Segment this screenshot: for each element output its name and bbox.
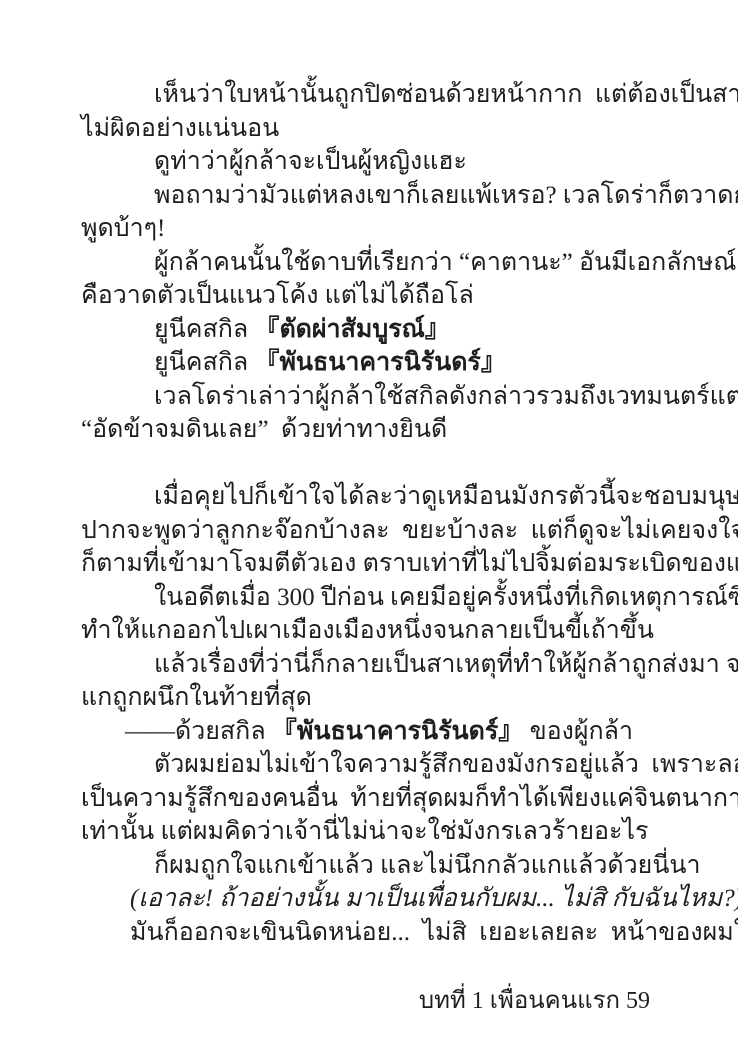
text-segment: ยูนีคสกิล	[154, 316, 254, 343]
text-line: พูดบ้าๆ!	[81, 212, 651, 246]
text-line: เท่านั้น แต่ผมคิดว่าเจ้านี่ไม่น่าจะใช่มั…	[81, 815, 651, 849]
text-line: ไม่ผิดอย่างแน่นอน	[81, 112, 651, 146]
text-line: ——ด้วยสกิล 『พันธนาคารนิรันดร์』 ของผู้กล้…	[81, 715, 651, 749]
text-line: เวลโดร่าเล่าว่าผู้กล้าใช้สกิลดังกล่าวรวม…	[81, 380, 651, 414]
blank-line	[81, 447, 651, 481]
text-line: แกถูกผนึกในท้ายที่สุด	[81, 681, 651, 715]
footer-chapter-and-page: บทที่ 1 เพื่อนคนแรก 59	[419, 988, 650, 1014]
text-segment: ไม่ผิดอย่างแน่นอน	[81, 115, 279, 142]
text-segment: ทำให้แกออกไปเผาเมืองเมืองหนึ่งจนกลายเป็น…	[81, 617, 654, 644]
text-segment: ยูนีคสกิล	[154, 349, 254, 376]
text-segment: ดูท่าว่าผู้กล้าจะเป็นผู้หญิงแฮะ	[154, 148, 467, 175]
book-page: เห็นว่าใบหน้านั้นถูกปิดซ่อนด้วยหน้ากาก แ…	[0, 0, 738, 1051]
text-segment: เวลโดร่าเล่าว่าผู้กล้าใช้สกิลดังกล่าวรวม…	[154, 383, 738, 410]
text-line: เมื่อคุยไปก็เข้าใจได้ละว่าดูเหมือนมังกรต…	[81, 480, 651, 514]
text-line: แล้วเรื่องที่ว่านี่ก็กลายเป็นสาเหตุที่ทำ…	[81, 648, 651, 682]
text-line: พอถามว่ามัวแต่หลงเขาก็เลยแพ้เหรอ? เวลโดร…	[81, 179, 651, 213]
text-line: เป็นความรู้สึกของคนอื่น ท้ายที่สุดผมก็ทำ…	[81, 782, 651, 816]
text-segment: ——ด้วยสกิล	[125, 718, 272, 745]
skill-name-text: 『พันธนาคารนิรันดร์』	[272, 718, 523, 745]
text-segment: เมื่อคุยไปก็เข้าใจได้ละว่าดูเหมือนมังกรต…	[154, 483, 738, 510]
text-line: ก็ตามที่เข้ามาโจมตีตัวเอง ตราบเท่าที่ไม่…	[81, 547, 651, 581]
text-segment: ในอดีตเมื่อ 300 ปีก่อน เคยมีอยู่ครั้งหนึ…	[154, 584, 738, 611]
text-segment: เห็นว่าใบหน้านั้นถูกปิดซ่อนด้วยหน้ากาก แ…	[154, 81, 738, 108]
text-segment: พอถามว่ามัวแต่หลงเขาก็เลยแพ้เหรอ? เวลโดร…	[154, 182, 738, 209]
page-footer: บทที่ 1 เพื่อนคนแรก 59	[395, 951, 650, 1051]
text-line: ก็ผมถูกใจแกเข้าแล้ว และไม่นึกกลัวแกแล้วด…	[81, 849, 651, 883]
text-line: เห็นว่าใบหน้านั้นถูกปิดซ่อนด้วยหน้ากาก แ…	[81, 78, 651, 112]
text-segment: ตัวผมย่อมไม่เข้าใจความรู้สึกของมังกรอยู่…	[154, 751, 738, 778]
text-segment: (เอาละ! ถ้าอย่างนั้น มาเป็นเพื่อนกับผม..…	[130, 885, 738, 912]
text-segment: พูดบ้าๆ!	[81, 215, 165, 242]
text-line: ปากจะพูดว่าลูกกะจ๊อกบ้างละ ขยะบ้างละ แต่…	[81, 514, 651, 548]
text-line: ดูท่าว่าผู้กล้าจะเป็นผู้หญิงแฮะ	[81, 145, 651, 179]
text-line: ในอดีตเมื่อ 300 ปีก่อน เคยมีอยู่ครั้งหนึ…	[81, 581, 651, 615]
text-segment: แล้วเรื่องที่ว่านี่ก็กลายเป็นสาเหตุที่ทำ…	[154, 651, 738, 678]
skill-name-text: 『ตัดผ่าสัมบูรณ์』	[254, 316, 449, 343]
text-segment: ปากจะพูดว่าลูกกะจ๊อกบ้างละ ขยะบ้างละ แต่…	[81, 517, 738, 544]
text-line: ยูนีคสกิล 『พันธนาคารนิรันดร์』	[81, 346, 651, 380]
text-segment: ผู้กล้าคนนั้นใช้ดาบที่เรียกว่า “คาตานะ” …	[154, 249, 738, 276]
text-line: “อัดข้าจมดินเลย” ด้วยท่าทางยินดี	[81, 413, 651, 447]
text-line: คือวาดตัวเป็นแนวโค้ง แต่ไม่ได้ถือโล่	[81, 279, 651, 313]
text-segment: ของผู้กล้า	[523, 718, 633, 745]
text-segment: เป็นความรู้สึกของคนอื่น ท้ายที่สุดผมก็ทำ…	[81, 785, 738, 812]
text-segment: แกถูกผนึกในท้ายที่สุด	[81, 684, 312, 711]
text-line: (เอาละ! ถ้าอย่างนั้น มาเป็นเพื่อนกับผม..…	[81, 882, 651, 916]
text-line: มันก็ออกจะเขินนิดหน่อย... ไม่สิ เยอะเลยล…	[81, 916, 651, 950]
text-segment: ก็ตามที่เข้ามาโจมตีตัวเอง ตราบเท่าที่ไม่…	[81, 550, 738, 577]
text-line: ทำให้แกออกไปเผาเมืองเมืองหนึ่งจนกลายเป็น…	[81, 614, 651, 648]
text-block: เห็นว่าใบหน้านั้นถูกปิดซ่อนด้วยหน้ากาก แ…	[81, 78, 651, 949]
text-segment: คือวาดตัวเป็นแนวโค้ง แต่ไม่ได้ถือโล่	[81, 282, 474, 309]
text-line: ตัวผมย่อมไม่เข้าใจความรู้สึกของมังกรอยู่…	[81, 748, 651, 782]
text-segment: เท่านั้น แต่ผมคิดว่าเจ้านี่ไม่น่าจะใช่มั…	[81, 818, 648, 845]
text-segment: “อัดข้าจมดินเลย” ด้วยท่าทางยินดี	[81, 416, 447, 443]
skill-name-text: 『พันธนาคารนิรันดร์』	[254, 349, 505, 376]
text-segment: มันก็ออกจะเขินนิดหน่อย... ไม่สิ เยอะเลยล…	[130, 919, 738, 946]
text-line: ผู้กล้าคนนั้นใช้ดาบที่เรียกว่า “คาตานะ” …	[81, 246, 651, 280]
text-segment: ก็ผมถูกใจแกเข้าแล้ว และไม่นึกกลัวแกแล้วด…	[154, 852, 701, 879]
text-line: ยูนีคสกิล 『ตัดผ่าสัมบูรณ์』	[81, 313, 651, 347]
